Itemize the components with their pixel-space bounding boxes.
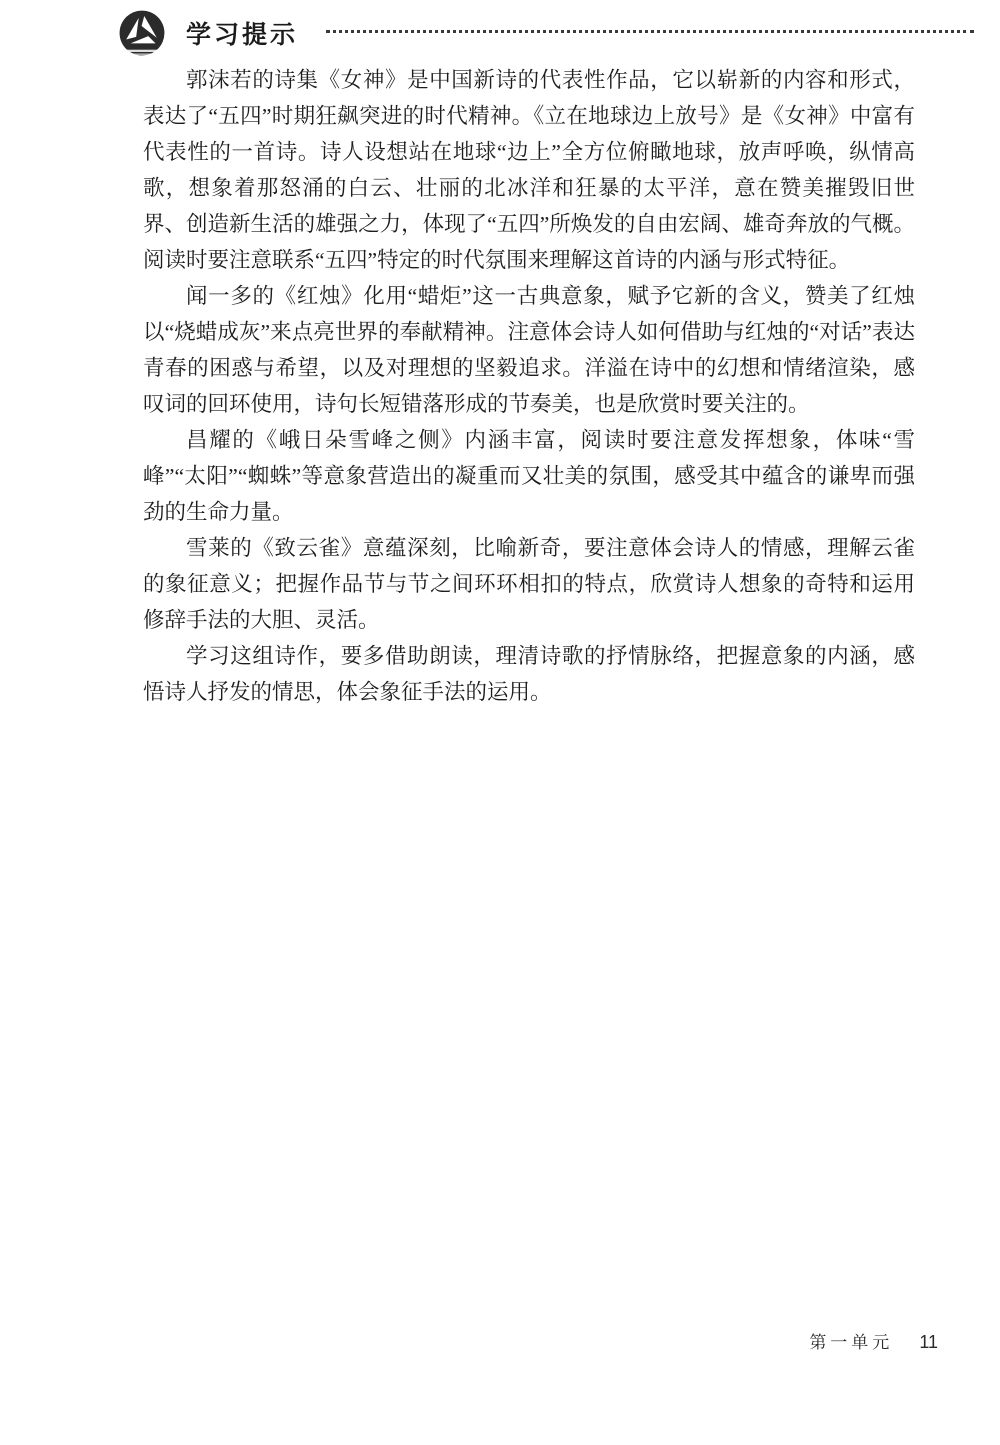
unit-label: 第一单元 bbox=[809, 1328, 893, 1353]
paragraph-guo-moruo: 郭沫若的诗集《女神》是中国新诗的代表性作品，它以崭新的内容和形式，表达了“五四”… bbox=[143, 62, 915, 278]
textbook-page: 学习提示 郭沫若的诗集《女神》是中国新诗的代表性作品，它以崭新的内容和形式，表达… bbox=[0, 0, 1000, 1445]
section-title: 学习提示 bbox=[186, 15, 298, 51]
textbook-pinwheel-logo-icon bbox=[118, 9, 166, 57]
paragraph-study-advice: 学习这组诗作，要多借助朗读，理清诗歌的抒情脉络，把握意象的内涵，感悟诗人抒发的情… bbox=[143, 638, 915, 710]
page-footer: 第一单元 11 bbox=[809, 1328, 938, 1353]
dotted-leader-line bbox=[326, 30, 974, 33]
paragraph-shelley: 雪莱的《致云雀》意蕴深刻，比喻新奇，要注意体会诗人的情感，理解云雀的象征意义；把… bbox=[143, 530, 915, 638]
section-header: 学习提示 bbox=[118, 8, 976, 58]
page-number: 11 bbox=[919, 1332, 938, 1353]
paragraph-wen-yiduo: 闻一多的《红烛》化用“蜡炬”这一古典意象，赋予它新的含义，赞美了红烛以“烧蜡成灰… bbox=[143, 278, 915, 422]
learning-tips-text: 郭沫若的诗集《女神》是中国新诗的代表性作品，它以崭新的内容和形式，表达了“五四”… bbox=[143, 62, 915, 710]
paragraph-chang-yao: 昌耀的《峨日朵雪峰之侧》内涵丰富，阅读时要注意发挥想象，体味“雪峰”“太阳”“蜘… bbox=[143, 422, 915, 530]
